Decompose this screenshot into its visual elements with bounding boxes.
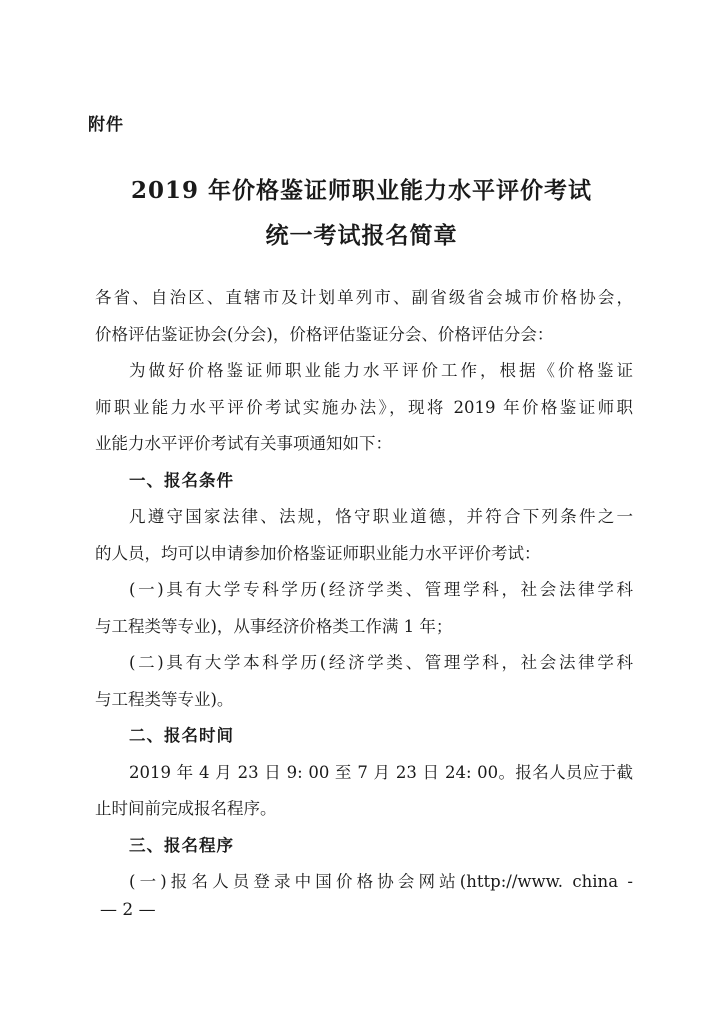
- document-body: 各省、自治区、直辖市及计划单列市、副省级省会城市价格协会， 价格评估鉴证协会(分…: [95, 283, 633, 904]
- page-number: — 2 —: [100, 900, 156, 920]
- paragraph-line: 与工程类等专业)，从事经济价格类工作满 1 年；: [95, 612, 633, 649]
- paragraph-line: (二)具有大学本科学历(经济学类、管理学科，社会法律学科: [95, 648, 633, 685]
- section-heading: 二、报名时间: [95, 721, 633, 758]
- intro-line: 业能力水平评价考试有关事项通知如下：: [95, 429, 633, 466]
- paragraph-line: 止时间前完成报名程序。: [95, 794, 633, 831]
- paragraph-line: (一)报名人员登录中国价格协会网站(http://www. china -: [95, 867, 633, 904]
- intro-line: 为做好价格鉴证师职业能力水平评价工作，根据《价格鉴证: [95, 356, 633, 393]
- document-title-line1: 2019 年价格鉴证师职业能力水平评价考试: [0, 172, 723, 205]
- addressee-line: 价格评估鉴证协会(分会)，价格评估鉴证分会、价格评估分会：: [95, 320, 633, 357]
- paragraph-line: (一)具有大学专科学历(经济学类、管理学科，社会法律学科: [95, 575, 633, 612]
- intro-line: 师职业能力水平评价考试实施办法》，现将 2019 年价格鉴证师职: [95, 393, 633, 430]
- paragraph-line: 2019 年 4 月 23 日 9: 00 至 7 月 23 日 24: 00。…: [95, 758, 633, 795]
- paragraph-line: 的人员，均可以申请参加价格鉴证师职业能力水平评价考试：: [95, 539, 633, 576]
- section-heading: 一、报名条件: [95, 466, 633, 503]
- document-page: 附件 2019 年价格鉴证师职业能力水平评价考试 统一考试报名简章 各省、自治区…: [0, 0, 723, 1024]
- addressee-line: 各省、自治区、直辖市及计划单列市、副省级省会城市价格协会，: [95, 283, 633, 320]
- document-title-line2: 统一考试报名简章: [0, 217, 723, 250]
- section-heading: 三、报名程序: [95, 831, 633, 868]
- paragraph-line: 与工程类等专业)。: [95, 685, 633, 722]
- paragraph-line: 凡遵守国家法律、法规，恪守职业道德，并符合下列条件之一: [95, 502, 633, 539]
- attachment-label: 附件: [88, 110, 124, 135]
